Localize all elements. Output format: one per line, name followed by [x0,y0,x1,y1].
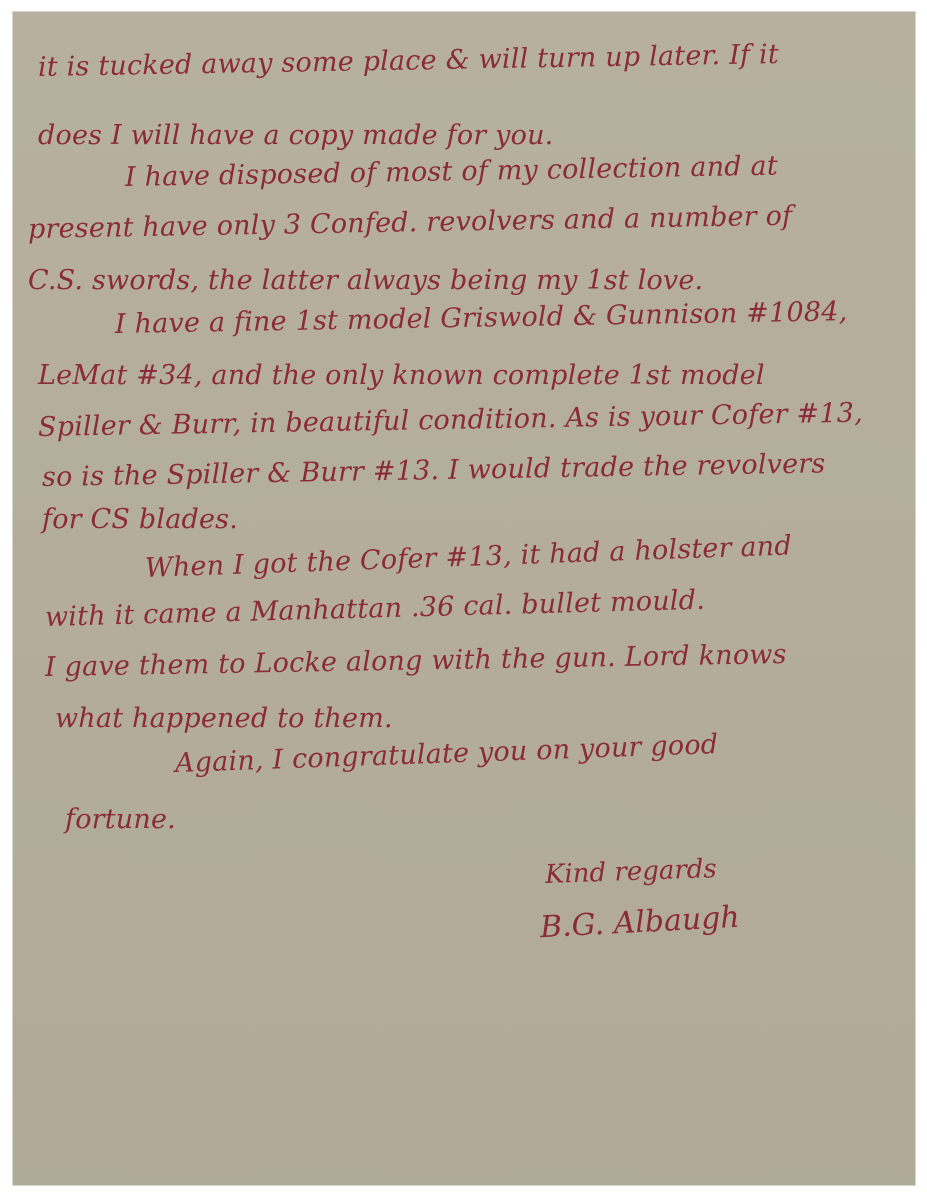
letter-line-10: for CS blades. [42,504,238,535]
letter-line-5: C.S. swords, the latter always being my … [28,265,703,296]
letter-line-7: LeMat #34, and the only known complete 1… [38,360,765,391]
letter-line-2: does I will have a copy made for you. [38,120,553,151]
closing-text: Kind regards [545,854,718,890]
letter-line-14: what happened to them. [55,703,393,734]
letter-line-16: fortune. [65,804,176,835]
